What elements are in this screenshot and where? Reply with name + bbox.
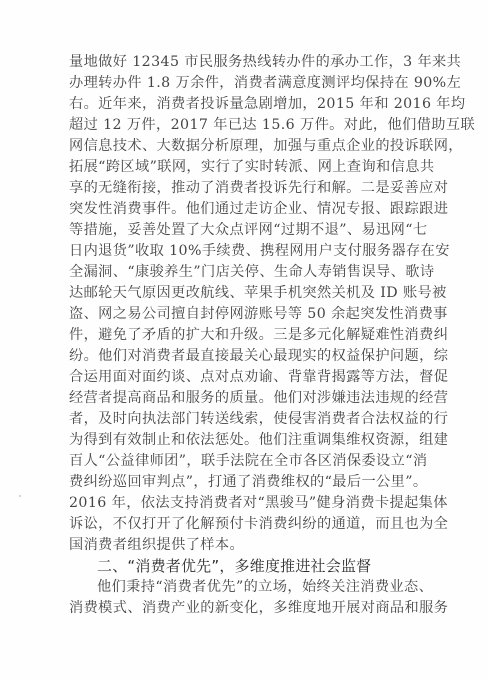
- text-line: 达邮轮天气原因更改航线、苹果手机突然关机及 ID 账号被: [69, 283, 421, 304]
- text-line: 享的无缝衔接，推动了消费者投诉先行和解。二是妥善应对: [69, 178, 421, 199]
- text-line: 办理转办件 1.8 万余件，消费者满意度测评均保持在 90%左: [69, 73, 421, 94]
- text-line: 他们秉持“消费者优先”的立场，始终关注消费业态、: [69, 577, 421, 598]
- text-line: 为得到有效制止和依法惩处。他们注重调集维权资源，组建: [69, 430, 421, 451]
- text-line: 网信息技术、大数据分析原理，加强与重点企业的投诉联网，: [69, 136, 421, 157]
- text-line: 2016 年，依法支持消费者对“黑骏马”健身消费卡提起集体: [69, 493, 421, 514]
- text-line: 拓展“跨区域”联网，实行了实时转派、网上查询和信息共: [69, 157, 421, 178]
- text-line: 国消费者组织提供了样本。: [69, 535, 421, 556]
- text-line: 突发性消费事件。他们通过走访企业、情况专报、跟踪跟进: [69, 199, 421, 220]
- text-line: 合运用面对面约谈、点对点劝谕、背靠背揭露等方法，督促: [69, 367, 421, 388]
- text-line: 诉讼，不仅打开了化解预付卡消费纠纷的通道，而且也为全: [69, 514, 421, 535]
- document-body: 量地做好 12345 市民服务热线转办件的承办工作，3 年来共 办理转办件 1.…: [69, 52, 421, 619]
- text-line: 消费模式、消费产业的新变化，多维度地开展对商品和服务: [69, 598, 421, 619]
- section-heading: 二、“消费者优先”，多维度推进社会监督: [69, 556, 421, 577]
- scan-artifact: [19, 495, 21, 497]
- text-line: 费纠纷巡回审判点”，打通了消费维权的“最后一公里”。: [69, 472, 421, 493]
- text-line: 经营者提高商品和服务的质量。他们对涉嫌违法违规的经营: [69, 388, 421, 409]
- text-line: 盗、网之易公司擅自封停网游账号等 50 余起突发性消费事: [69, 304, 421, 325]
- text-line: 件，避免了矛盾的扩大和升级。三是多元化解疑难性消费纠: [69, 325, 421, 346]
- text-line: 者，及时向执法部门转送线索，使侵害消费者合法权益的行: [69, 409, 421, 430]
- text-line: 右。近年来，消费者投诉量急剧增加，2015 年和 2016 年均: [69, 94, 421, 115]
- paragraph-1: 量地做好 12345 市民服务热线转办件的承办工作，3 年来共 办理转办件 1.…: [69, 52, 421, 556]
- text-line: 日内退货”收取 10%手续费、携程网用户支付服务器存在安: [69, 241, 421, 262]
- text-line: 量地做好 12345 市民服务热线转办件的承办工作，3 年来共: [69, 52, 421, 73]
- text-line: 超过 12 万件，2017 年已达 15.6 万件。对此，他们借助互联: [69, 115, 421, 136]
- text-line: 等措施，妥善处置了大众点评网“过期不退”、易迅网“七: [69, 220, 421, 241]
- text-line: 百人“公益律师团”，联手法院在全市各区消保委设立“消: [69, 451, 421, 472]
- paragraph-2: 他们秉持“消费者优先”的立场，始终关注消费业态、 消费模式、消费产业的新变化，多…: [69, 577, 421, 619]
- text-line: 纷。他们对消费者最直接最关心最现实的权益保护问题，综: [69, 346, 421, 367]
- text-line: 全漏洞、“康骏养生”门店关停、生命人寿销售误导、歌诗: [69, 262, 421, 283]
- document-page: 量地做好 12345 市民服务热线转办件的承办工作，3 年来共 办理转办件 1.…: [0, 0, 488, 680]
